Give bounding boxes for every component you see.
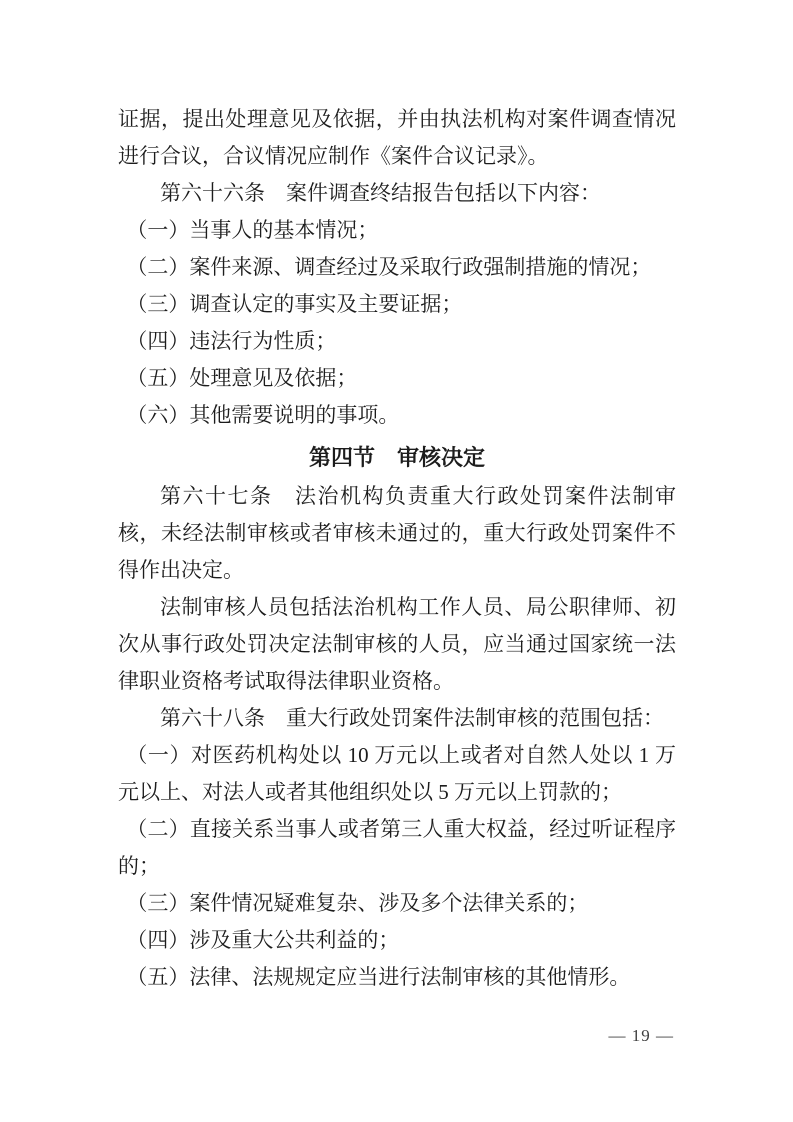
list-item: （一）对医药机构处以 10 万元以上或者对自然人处以 1 万元以上、对法人或者其…	[118, 737, 676, 811]
list-item: （五）处理意见及依据；	[118, 360, 676, 397]
list-item: （三）调查认定的事实及主要证据；	[118, 286, 676, 323]
list-item: （四）违法行为性质；	[118, 323, 676, 360]
document-body: 证据，提出处理意见及依据，并由执法机构对案件调查情况进行合议，合议情况应制作《案…	[118, 101, 676, 996]
paragraph: 法制审核人员包括法治机构工作人员、局公职律师、初次从事行政处罚决定法制审核的人员…	[118, 589, 676, 700]
article-paragraph: 第六十六条 案件调查终结报告包括以下内容：	[118, 175, 676, 212]
list-item: （二）案件来源、调查经过及采取行政强制措施的情况；	[118, 249, 676, 286]
list-item: （一）当事人的基本情况；	[118, 212, 676, 249]
list-item: （二）直接关系当事人或者第三人重大权益，经过听证程序的；	[118, 811, 676, 885]
list-item: （三）案件情况疑难复杂、涉及多个法律关系的；	[118, 885, 676, 922]
list-item: （五）法律、法规规定应当进行法制审核的其他情形。	[118, 959, 676, 996]
section-heading: 第四节 审核决定	[118, 439, 676, 476]
page-number: — 19 —	[609, 1026, 675, 1046]
article-paragraph: 第六十七条 法治机构负责重大行政处罚案件法制审核，未经法制审核或者审核未通过的，…	[118, 478, 676, 589]
document-page: 证据，提出处理意见及依据，并由执法机构对案件调查情况进行合议，合议情况应制作《案…	[0, 0, 793, 1122]
paragraph-continuation: 证据，提出处理意见及依据，并由执法机构对案件调查情况进行合议，合议情况应制作《案…	[118, 101, 676, 175]
list-item: （四）涉及重大公共利益的；	[118, 922, 676, 959]
article-paragraph: 第六十八条 重大行政处罚案件法制审核的范围包括：	[118, 700, 676, 737]
list-item: （六）其他需要说明的事项。	[118, 397, 676, 434]
